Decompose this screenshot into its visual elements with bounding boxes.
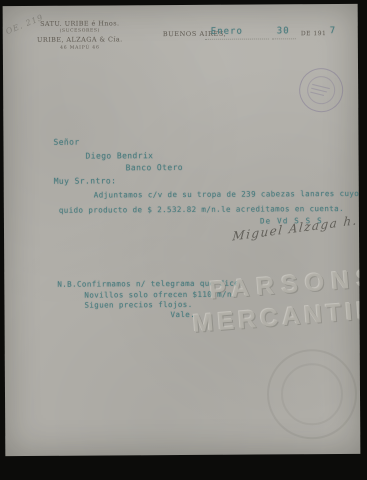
letter-paper: OE. 219 SATU. URIBE é Hnos. (SUCESORES) … [3, 4, 361, 456]
recipient-salutation: Señor [53, 138, 79, 147]
embossed-seal-icon [267, 349, 358, 440]
dateline-day: 30 [277, 26, 290, 36]
letterhead-company-name: URIBE, ALZAGA & Cía. [33, 35, 127, 44]
letterhead: SATU. URIBE é Hnos. (SUCESORES) URIBE, A… [33, 19, 127, 51]
dateline-month: Enero [211, 27, 243, 37]
date-leader-line [272, 37, 296, 39]
letterhead-address: 46 MAIPÚ 46 [33, 45, 127, 51]
letter-greeting: Muy Sr.ntro: [54, 176, 117, 185]
embossed-seal-inner-ring [281, 363, 343, 425]
dateline-year-printed: DE 191 [301, 30, 327, 37]
letter-body-line-1: Adjuntamos c/v de su tropa de 239 cabeza… [94, 189, 361, 200]
letterhead-firm-name: SATU. URIBE é Hnos. [33, 19, 127, 28]
postal-stamp-icon [295, 64, 348, 117]
recipient-company: Banco Otero [126, 163, 183, 172]
letter-body-line-2: quido producto de $ 2.532.82 m/n.le acre… [59, 204, 344, 215]
letterhead-successors-note: (SUCESORES) [33, 28, 127, 34]
date-leader-line [205, 37, 269, 39]
recipient-name: Diego Bendrix [86, 151, 154, 160]
postscript-line-3: Siguen precios flojos. [84, 300, 192, 310]
scan-background: OE. 219 SATU. URIBE é Hnos. (SUCESORES) … [0, 0, 367, 480]
dateline-year-typed: 7 [330, 26, 336, 36]
